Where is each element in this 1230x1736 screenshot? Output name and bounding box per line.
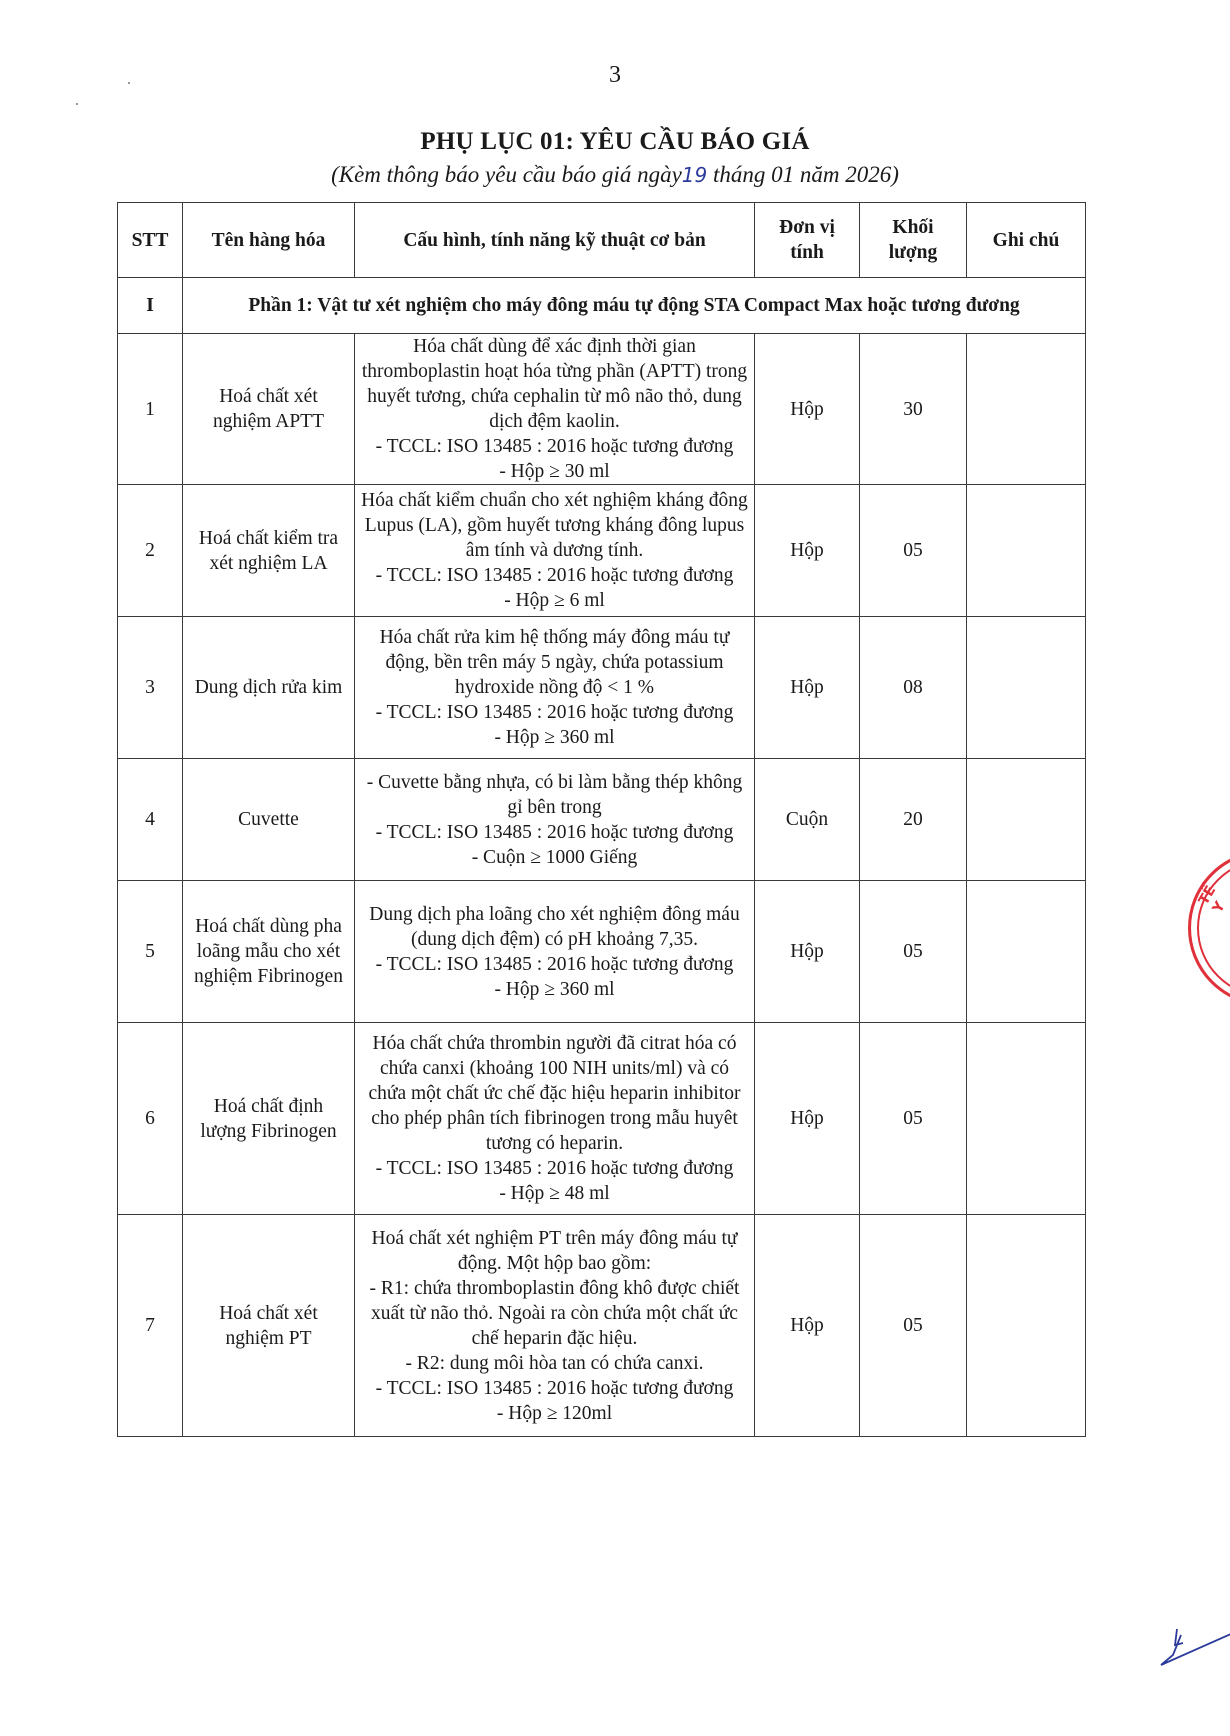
unit-cell: Hộp	[755, 334, 860, 485]
page-number: 3	[0, 62, 1230, 89]
spec-cell: Hóa chất kiểm chuẩn cho xét nghiệm kháng…	[355, 485, 755, 617]
subtitle-month-year: tháng 01 năm 2026)	[707, 162, 899, 187]
spec-cell: Hóa chất chứa thrombin người đã citrat h…	[355, 1023, 755, 1215]
item-name-cell: Hoá chất kiểm tra xét nghiệm LA	[183, 485, 355, 617]
header-qty: Khối lượng	[860, 203, 967, 278]
stt-cell: 1	[118, 334, 183, 485]
table-row: 2Hoá chất kiểm tra xét nghiệm LAHóa chất…	[118, 485, 1086, 617]
unit-cell: Cuộn	[755, 759, 860, 881]
quotation-table: STT Tên hàng hóa Cấu hình, tính năng kỹ …	[117, 202, 1086, 1437]
note-cell	[967, 1023, 1086, 1215]
quantity-cell: 05	[860, 485, 967, 617]
section-row: I Phần 1: Vật tư xét nghiệm cho máy đông…	[118, 278, 1086, 334]
quantity-cell: 08	[860, 617, 967, 759]
header-unit: Đơn vị tính	[755, 203, 860, 278]
header-note: Ghi chú	[967, 203, 1086, 278]
unit-cell: Hộp	[755, 1023, 860, 1215]
item-name-cell: Dung dịch rửa kim	[183, 617, 355, 759]
page-title: PHỤ LỤC 01: YÊU CẦU BÁO GIÁ	[0, 128, 1230, 156]
table-row: 6Hoá chất định lượng FibrinogenHóa chất …	[118, 1023, 1086, 1215]
table-row: 1Hoá chất xét nghiệm APTTHóa chất dùng đ…	[118, 334, 1086, 485]
spec-cell: Hóa chất rửa kim hệ thống máy đông máu t…	[355, 617, 755, 759]
spec-cell: Hoá chất xét nghiệm PT trên máy đông máu…	[355, 1215, 755, 1437]
spec-cell: - Cuvette bằng nhựa, có bi làm bằng thép…	[355, 759, 755, 881]
unit-cell: Hộp	[755, 485, 860, 617]
signature-mark	[1155, 1625, 1230, 1675]
item-name-cell: Cuvette	[183, 759, 355, 881]
table-row: 5Hoá chất dùng pha loãng mẫu cho xét ngh…	[118, 881, 1086, 1023]
quantity-cell: 20	[860, 759, 967, 881]
stt-cell: 5	[118, 881, 183, 1023]
table-row: 7Hoá chất xét nghiệm PTHoá chất xét nghi…	[118, 1215, 1086, 1437]
note-cell	[967, 759, 1086, 881]
note-cell	[967, 881, 1086, 1023]
stt-cell: 7	[118, 1215, 183, 1437]
quantity-cell: 30	[860, 334, 967, 485]
header-name: Tên hàng hóa	[183, 203, 355, 278]
unit-cell: Hộp	[755, 617, 860, 759]
item-name-cell: Hoá chất xét nghiệm APTT	[183, 334, 355, 485]
subtitle-prefix: (Kèm thông báo yêu cầu báo giá ngày	[331, 162, 682, 187]
item-name-cell: Hoá chất xét nghiệm PT	[183, 1215, 355, 1437]
spec-cell: Hóa chất dùng để xác định thời gian thro…	[355, 334, 755, 485]
note-cell	[967, 334, 1086, 485]
quantity-cell: 05	[860, 1023, 967, 1215]
note-cell	[967, 617, 1086, 759]
table-row: 4Cuvette- Cuvette bằng nhựa, có bi làm b…	[118, 759, 1086, 881]
section-title: Phần 1: Vật tư xét nghiệm cho máy đông m…	[183, 278, 1086, 334]
handwritten-day: 19	[682, 163, 707, 187]
header-stt: STT	[118, 203, 183, 278]
item-name-cell: Hoá chất định lượng Fibrinogen	[183, 1023, 355, 1215]
scan-speck	[76, 103, 78, 105]
item-name-cell: Hoá chất dùng pha loãng mẫu cho xét nghi…	[183, 881, 355, 1023]
table-row: 3Dung dịch rửa kimHóa chất rửa kim hệ th…	[118, 617, 1086, 759]
table-header-row: STT Tên hàng hóa Cấu hình, tính năng kỹ …	[118, 203, 1086, 278]
stt-cell: 4	[118, 759, 183, 881]
spec-cell: Dung dịch pha loãng cho xét nghiệm đông …	[355, 881, 755, 1023]
page-subtitle: (Kèm thông báo yêu cầu báo giá ngày19 th…	[0, 162, 1230, 188]
stt-cell: 2	[118, 485, 183, 617]
stt-cell: 6	[118, 1023, 183, 1215]
unit-cell: Hộp	[755, 1215, 860, 1437]
stt-cell: 3	[118, 617, 183, 759]
header-spec: Cấu hình, tính năng kỹ thuật cơ bản	[355, 203, 755, 278]
quantity-cell: 05	[860, 881, 967, 1023]
section-index: I	[118, 278, 183, 334]
note-cell	[967, 485, 1086, 617]
unit-cell: Hộp	[755, 881, 860, 1023]
quantity-cell: 05	[860, 1215, 967, 1437]
note-cell	[967, 1215, 1086, 1437]
official-stamp	[1188, 850, 1230, 1006]
